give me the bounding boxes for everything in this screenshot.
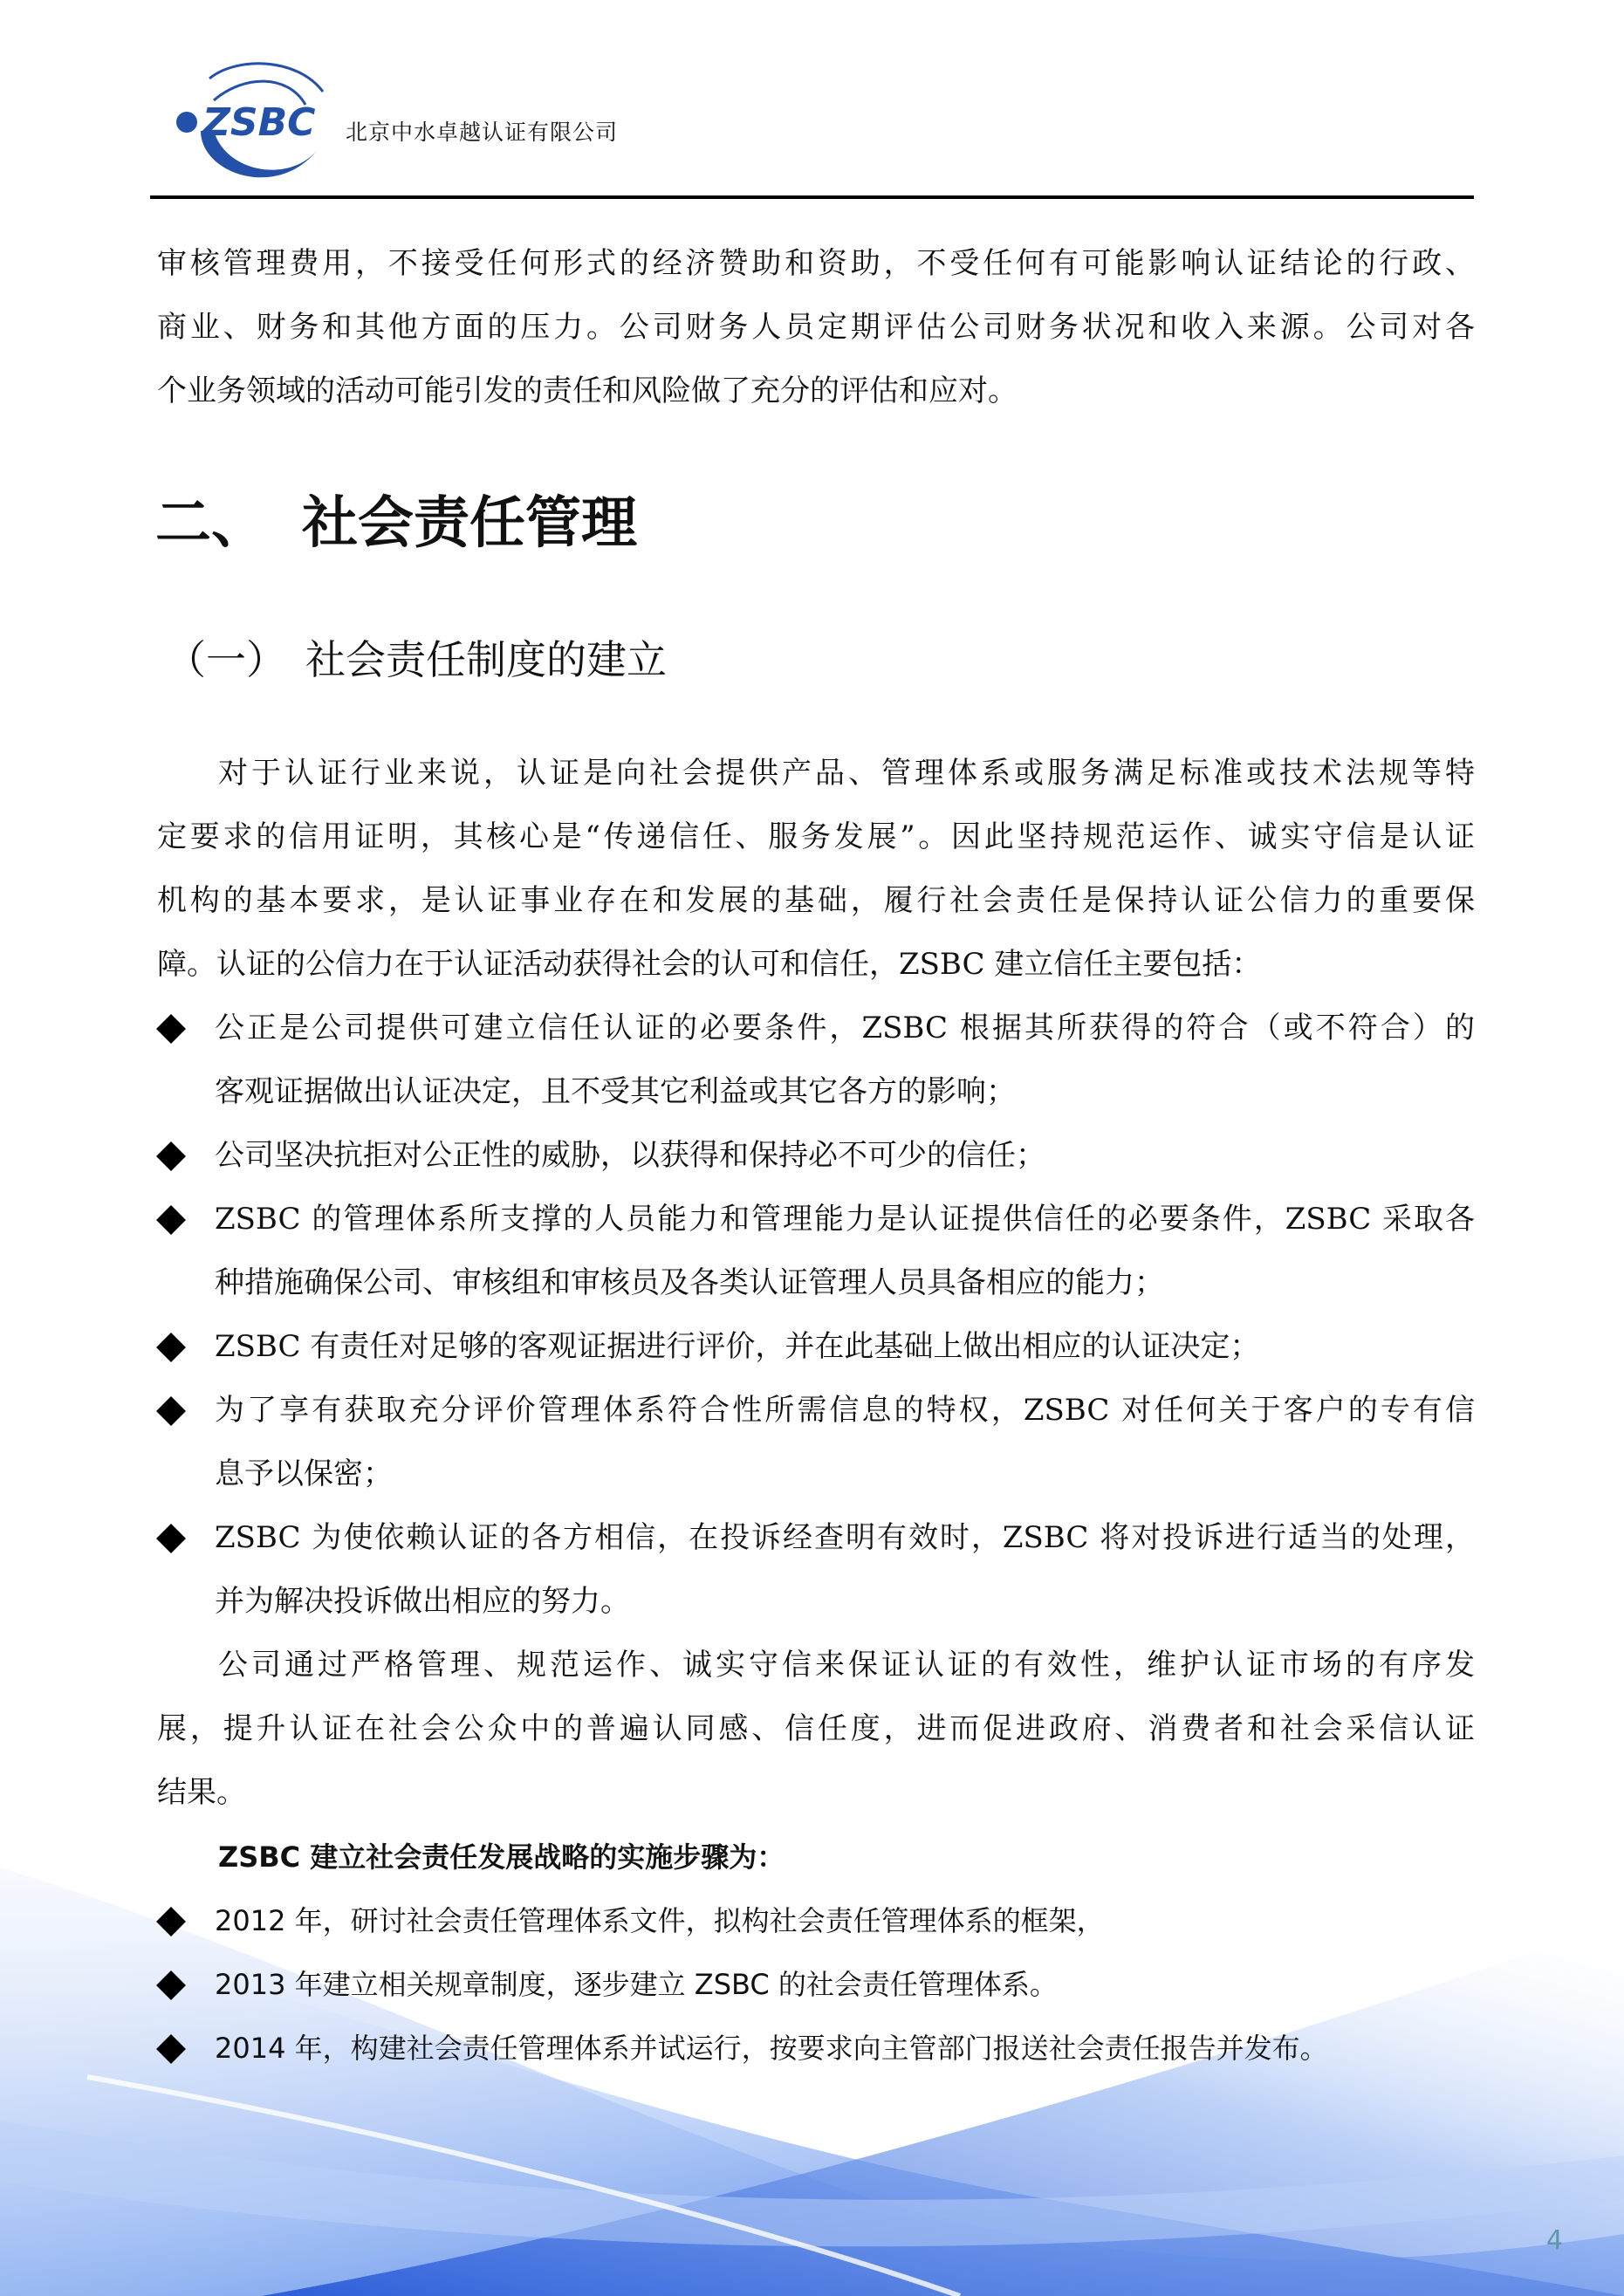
- header-rule: [150, 195, 1474, 199]
- paragraph-line: 对于认证行业来说，认证是向社会提供产品、管理体系或服务满足标准或技术法规等特: [218, 756, 1475, 791]
- diamond-bullet-icon: [156, 1970, 186, 2000]
- svg-text:ZSBC: ZSBC: [201, 100, 315, 145]
- paragraph-line: 结果。: [157, 1775, 1475, 1810]
- diamond-bullet-icon: [156, 1205, 186, 1235]
- paragraph-line: 障。认证的公信力在于认证活动获得社会的认可和信任，ZSBC 建立信任主要包括：: [157, 947, 1475, 982]
- diamond-bullet-icon: [156, 1907, 186, 1936]
- section-heading: 二、社会责任管理: [155, 490, 637, 557]
- bullet-line: ZSBC 为使依赖认证的各方相信，在投诉经查明有效时，ZSBC 将对投诉进行适当…: [215, 1520, 1475, 1555]
- bullet-line: 为了享有获取充分评价管理体系符合性所需信息的特权，ZSBC 对任何关于客户的专有…: [215, 1393, 1475, 1428]
- bullet-line: 公司坚决抗拒对公正性的威胁，以获得和保持必不可少的信任；: [215, 1138, 1475, 1173]
- strategy-step: 2012 年，研讨社会责任管理体系文件，拟构社会责任管理体系的框架，: [215, 1903, 1475, 1938]
- subsection-number: （一）: [166, 636, 286, 683]
- paragraph-line: 公司通过严格管理、规范运作、诚实守信来保证认证的有效性，维护认证市场的有序发: [218, 1648, 1475, 1683]
- strategy-step: 2013 年建立相关规章制度，逐步建立 ZSBC 的社会责任管理体系。: [215, 1967, 1475, 2002]
- bullet-line: 客观证据做出认证决定，且不受其它利益或其它各方的影响；: [215, 1074, 1475, 1109]
- document-page: ZSBC 北京中水卓越认证有限公司 审核管理费用，不接受任何形式的经济赞助和资助…: [0, 0, 1624, 2296]
- diamond-bullet-icon: [156, 1396, 186, 1426]
- strategy-step: 2014 年，构建社会责任管理体系并试运行，按要求向主管部门报送社会责任报告并发…: [215, 2031, 1475, 2066]
- paragraph-line: 展，提升认证在社会公众中的普遍认同感、信任度，进而促进政府、消费者和社会采信认证: [157, 1711, 1475, 1746]
- bullet-line: 种措施确保公司、审核组和审核员及各类认证管理人员具备相应的能力；: [215, 1265, 1475, 1300]
- subsection-title: 社会责任制度的建立: [305, 636, 667, 683]
- intro-line: 商业、财务和其他方面的压力。公司财务人员定期评估公司财务状况和收入来源。公司对各: [157, 310, 1475, 345]
- diamond-bullet-icon: [156, 1014, 186, 1044]
- bullet-line: ZSBC 的管理体系所支撑的人员能力和管理能力是认证提供信任的必要条件，ZSBC…: [215, 1202, 1475, 1237]
- diamond-bullet-icon: [156, 1141, 186, 1171]
- section-title: 社会责任管理: [302, 491, 637, 556]
- company-name: 北京中水卓越认证有限公司: [346, 115, 618, 147]
- subsection-heading: （一）社会责任制度的建立: [166, 635, 667, 684]
- section-number: 二、: [155, 491, 267, 556]
- bullet-line: 并为解决投诉做出相应的努力。: [215, 1584, 1475, 1619]
- page-number: 4: [1546, 2225, 1563, 2256]
- diamond-bullet-icon: [156, 2034, 186, 2064]
- bullet-line: 公正是公司提供可建立信任认证的必要条件，ZSBC 根据其所获得的符合（或不符合）…: [215, 1011, 1475, 1045]
- strategy-heading: ZSBC 建立社会责任发展战略的实施步骤为：: [218, 1840, 785, 1874]
- bullet-line: ZSBC 有责任对足够的客观证据进行评价，并在此基础上做出相应的认证决定；: [215, 1329, 1475, 1364]
- intro-line: 个业务领域的活动可能引发的责任和风险做了充分的评估和应对。: [157, 374, 1475, 408]
- diamond-bullet-icon: [156, 1333, 186, 1362]
- intro-line: 审核管理费用，不接受任何形式的经济赞助和资助，不受任何有可能影响认证结论的行政、: [157, 246, 1475, 281]
- paragraph-line: 定要求的信用证明，其核心是“传递信任、服务发展”。因此坚持规范运作、诚实守信是认…: [157, 819, 1475, 854]
- zsbc-logo: ZSBC: [175, 52, 340, 192]
- bullet-line: 息予以保密；: [215, 1456, 1475, 1491]
- paragraph-line: 机构的基本要求，是认证事业存在和发展的基础，履行社会责任是保持认证公信力的重要保: [157, 883, 1475, 918]
- diamond-bullet-icon: [156, 1524, 186, 1553]
